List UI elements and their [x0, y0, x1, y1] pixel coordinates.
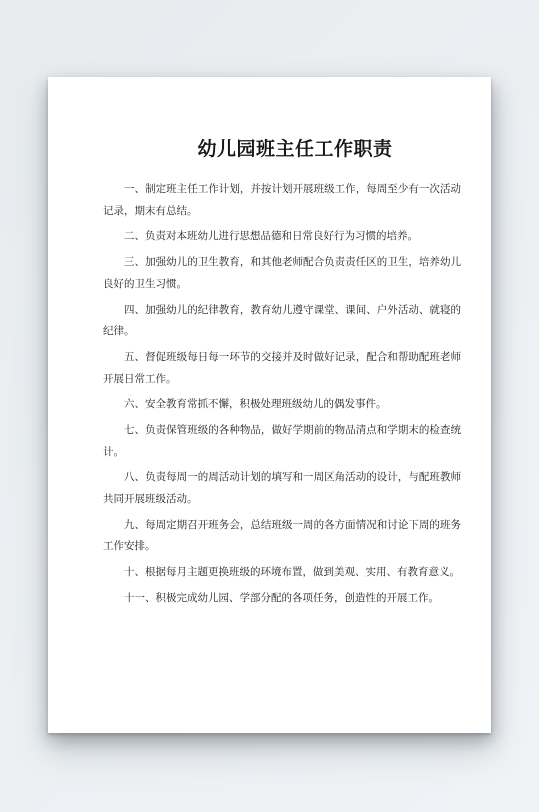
document-paragraph-11: 十一、积极完成幼儿园、学部分配的各项任务，创造性的开展工作。 [103, 588, 461, 610]
document-paragraph-8: 八、负责每周一的周活动计划的填写和一周区角活动的设计，与配班教师共同开展班级活动… [103, 467, 461, 510]
document-paragraph-9: 九、每周定期召开班务会，总结班级一周的各方面情况和讨论下周的班务工作安排。 [103, 515, 461, 558]
document-canvas: 幼儿园班主任工作职责 一、制定班主任工作计划，并按计划开展班级工作，每周至少有一… [0, 0, 539, 812]
document-title: 幼儿园班主任工作职责 [116, 137, 474, 163]
document-paragraph-7: 七、负责保管班级的各种物品，做好学期前的物品清点和学期末的检查统计。 [103, 420, 461, 463]
document-paragraph-10: 十、根据每月主题更换班级的环境布置，做到美观、实用、有教育意义。 [103, 562, 461, 584]
document-body: 一、制定班主任工作计划，并按计划开展班级工作，每周至少有一次活动记录，期末有总结… [103, 179, 461, 610]
document-paragraph-2: 二、负责对本班幼儿进行思想品德和日常良好行为习惯的培养。 [103, 226, 461, 248]
document-paragraph-4: 四、加强幼儿的纪律教育，教育幼儿遵守课堂、课间、户外活动、就寝的纪律。 [103, 300, 461, 343]
document-paragraph-5: 五、督促班级每日每一环节的交接并及时做好记录，配合和帮助配班老师开展日常工作。 [103, 347, 461, 390]
document-paragraph-3: 三、加强幼儿的卫生教育，和其他老师配合负责责任区的卫生，培养幼儿良好的卫生习惯。 [103, 252, 461, 295]
document-paragraph-6: 六、安全教育常抓不懈，积极处理班级幼儿的偶发事件。 [103, 394, 461, 416]
document-page: 幼儿园班主任工作职责 一、制定班主任工作计划，并按计划开展班级工作，每周至少有一… [48, 77, 491, 733]
document-paragraph-1: 一、制定班主任工作计划，并按计划开展班级工作，每周至少有一次活动记录，期末有总结… [103, 179, 461, 222]
